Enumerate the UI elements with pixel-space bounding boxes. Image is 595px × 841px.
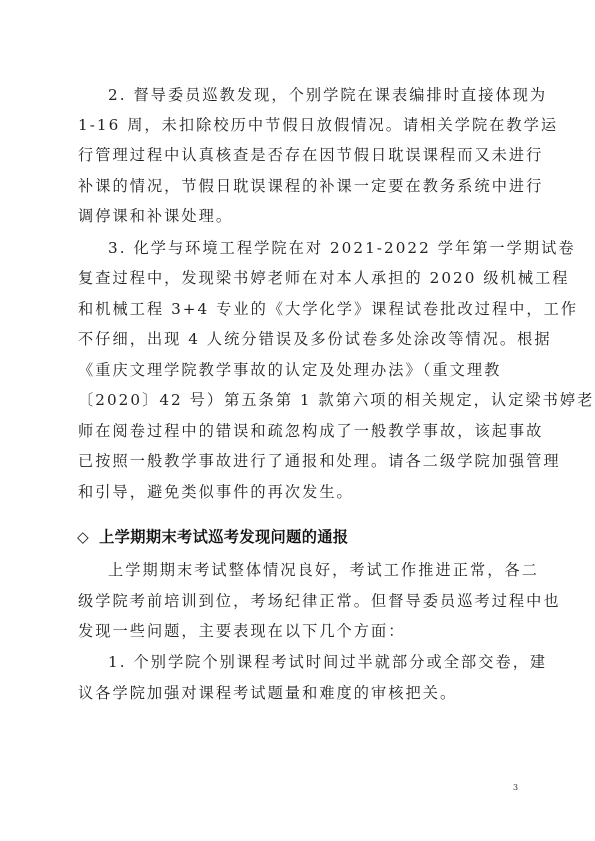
text-line: 已按照一般教学事故进行了通报和处理。请各二级学院加强管理: [78, 452, 518, 470]
text-line: 3. 化学与环境工程学院在对 2021-2022 学年第一学期试卷: [108, 239, 518, 257]
text-line: 复查过程中，发现梁书婷老师在对本人承担的 2020 级机械工程: [78, 269, 518, 287]
text-line: 和引导，避免类似事件的再次发生。: [78, 483, 518, 501]
text-line: 上学期期末考试整体情况良好，考试工作推进正常，各二: [108, 561, 518, 579]
text-line: 发现一些问题，主要表现在以下几个方面：: [78, 622, 518, 640]
text-line: 师在阅卷过程中的错误和疏忽构成了一般教学事故，该起事故: [78, 422, 518, 440]
text-line: 议各学院加强对课程考试题量和难度的审核把关。: [78, 684, 518, 702]
text-line: 级学院考前培训到位，考场纪律正常。但督导委员巡考过程中也: [78, 592, 518, 610]
section-heading: ◇上学期期末考试巡考发现问题的通报: [77, 528, 349, 546]
page-number: 3: [513, 783, 518, 792]
text-line: 《重庆文理学院教学事故的认定及处理办法》（重文理教: [78, 361, 518, 379]
diamond-bullet-icon: ◇: [77, 528, 89, 546]
text-line: 不仔细，出现 4 人统分错误及多份试卷多处涂改等情况。根据: [78, 330, 518, 348]
document-page: 2. 督导委员巡教发现，个别学院在课表编排时直接体现为 1-16 周，未扣除校历…: [0, 0, 595, 841]
text-line: 和机械工程 3+4 专业的《大学化学》课程试卷批改过程中，工作: [78, 300, 518, 318]
text-line: 〔2020〕42 号）第五条第 1 款第六项的相关规定，认定梁书婷老: [78, 391, 518, 409]
text-line: 2. 督导委员巡教发现，个别学院在课表编排时直接体现为: [108, 86, 518, 104]
text-line: 1. 个别学院个别课程考试时间过半就部分或全部交卷，建: [108, 653, 518, 671]
text-line: 调停课和补课处理。: [78, 207, 518, 225]
text-line: 行管理过程中认真核查是否存在因节假日耽误课程而又未进行: [78, 146, 518, 164]
section-heading-title: 上学期期末考试巡考发现问题的通报: [99, 528, 348, 546]
text-line: 补课的情况，节假日耽误课程的补课一定要在教务系统中进行: [78, 177, 518, 195]
text-line: 1-16 周，未扣除校历中节假日放假情况。请相关学院在教学运: [78, 116, 518, 134]
